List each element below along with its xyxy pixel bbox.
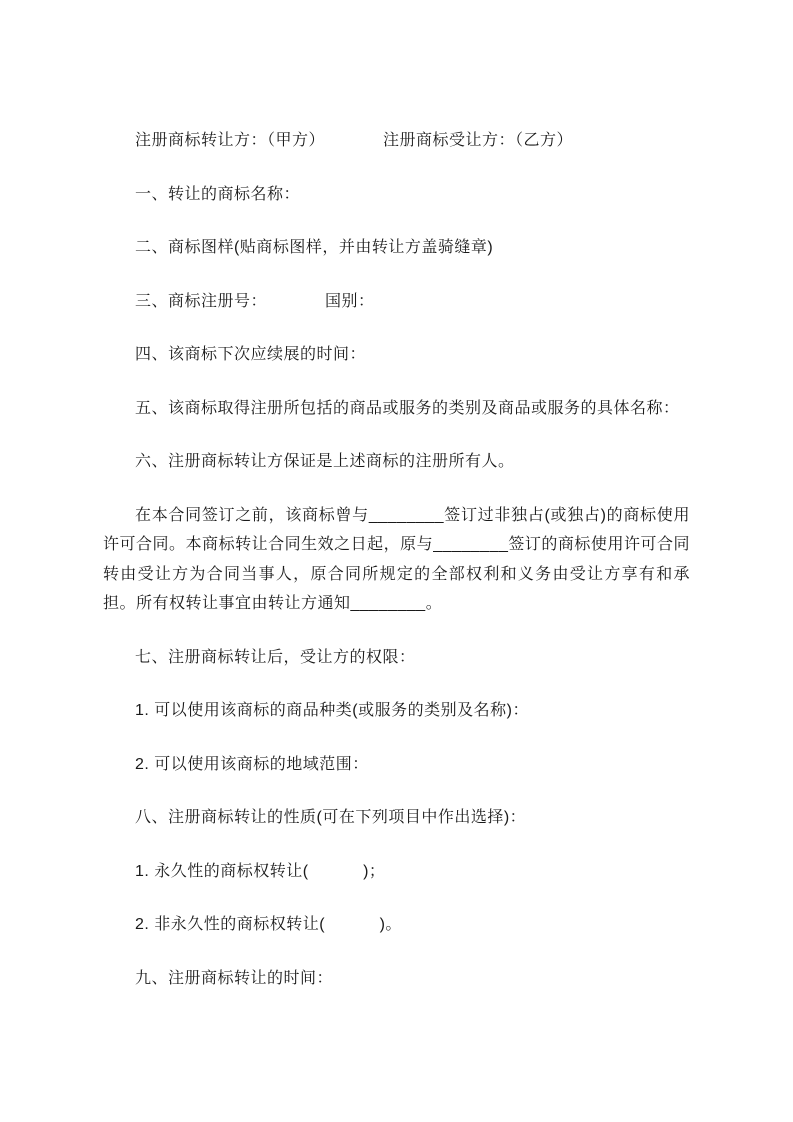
contract-paragraph: 2. 可以使用该商标的地域范围：: [103, 750, 690, 780]
contract-paragraph: 四、该商标下次应续展的时间：: [103, 340, 690, 370]
contract-paragraph: 1. 永久性的商标权转让( )；: [103, 857, 690, 887]
contract-paragraph: 二、商标图样(贴商标图样，并由转让方盖骑缝章): [103, 233, 690, 263]
contract-paragraph: 2. 非永久性的商标权转让( )。: [103, 910, 690, 940]
contract-paragraph: 六、注册商标转让方保证是上述商标的注册所有人。: [103, 447, 690, 477]
contract-paragraph: 一、转让的商标名称：: [103, 180, 690, 210]
contract-paragraph: 注册商标转让方：（甲方） 注册商标受让方：（乙方）: [103, 126, 690, 156]
contract-paragraph: 三、商标注册号： 国别：: [103, 287, 690, 317]
contract-paragraph: 在本合同签订之前，该商标曾与________签订过非独占(或独占)的商标使用许可…: [103, 501, 690, 619]
contract-paragraph: 五、该商标取得注册所包括的商品或服务的类别及商品或服务的具体名称：: [103, 394, 690, 424]
contract-paragraph: 九、注册商标转让的时间：: [103, 964, 690, 994]
contract-paragraph: 1. 可以使用该商标的商品种类(或服务的类别及名称)：: [103, 696, 690, 726]
contract-paragraph: 八、注册商标转让的性质(可在下列项目中作出选择)：: [103, 803, 690, 833]
contract-body: 注册商标转让方：（甲方） 注册商标受让方：（乙方）一、转让的商标名称：二、商标图…: [103, 126, 690, 993]
document-page: 注册商标转让方：（甲方） 注册商标受让方：（乙方）一、转让的商标名称：二、商标图…: [0, 0, 793, 1122]
contract-paragraph: 七、注册商标转让后，受让方的权限：: [103, 643, 690, 673]
